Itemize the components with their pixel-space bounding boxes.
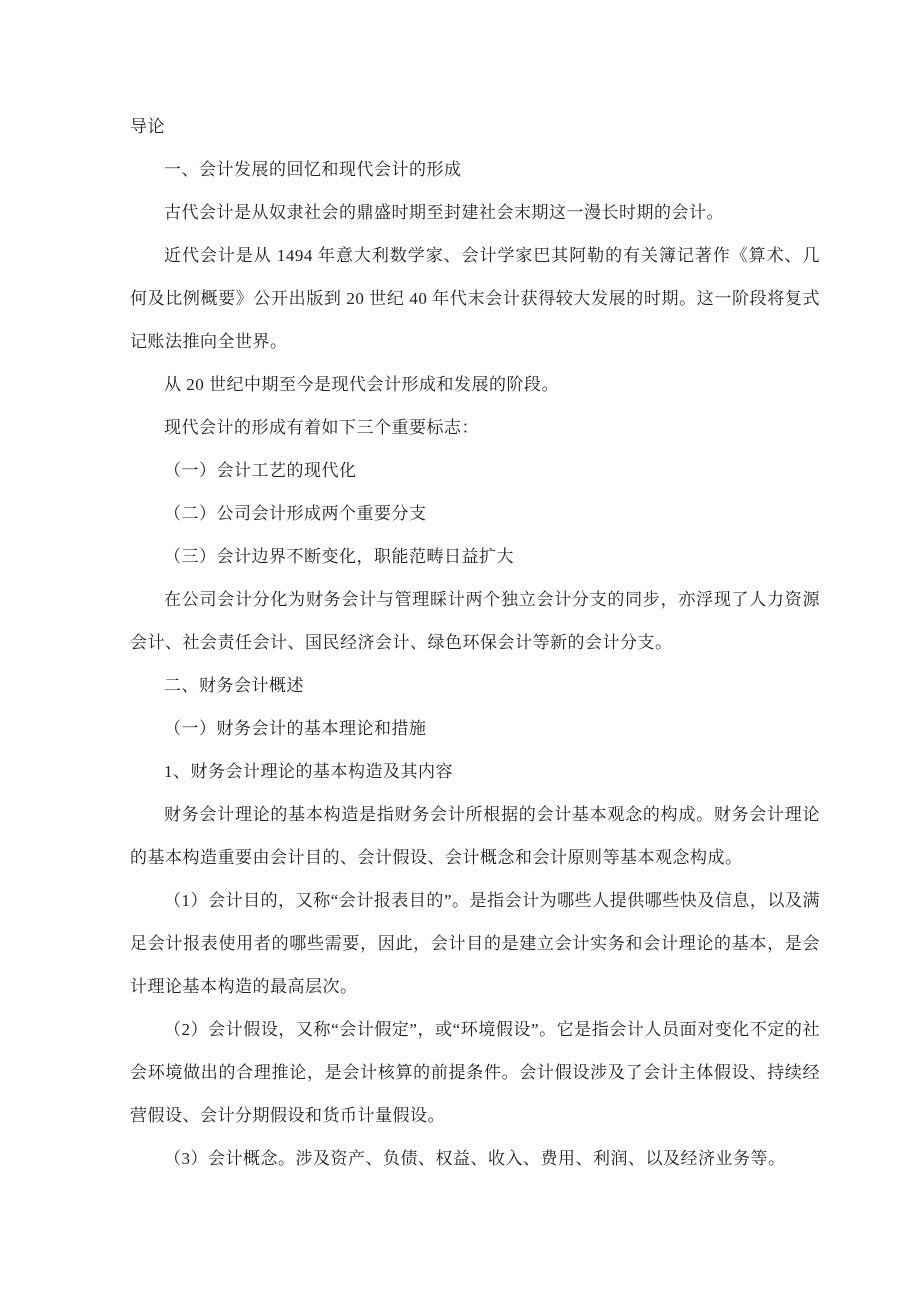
paragraph-section-2-heading: 二、财务会计概述 — [130, 664, 820, 707]
paragraph-list-item-2: （二）公司会计形成两个重要分支 — [130, 492, 820, 535]
paragraph-subsection-heading: （一）财务会计的基本理论和措施 — [130, 707, 820, 750]
paragraph: 近代会计是从 1494 年意大利数学家、会计学家巴其阿勒的有关簿记著作《算术、几… — [130, 234, 820, 363]
paragraph-subsection-item-heading: 1、财务会计理论的基本构造及其内容 — [130, 750, 820, 793]
paragraph-numbered-item-3: （3）会计概念。涉及资产、负债、权益、收入、费用、利润、以及经济业务等。 — [130, 1137, 820, 1180]
paragraph: 财务会计理论的基本构造是指财务会计所根据的会计基本观念的构成。财务会计理论的基本… — [130, 793, 820, 879]
document-body: 导论 一、会计发展的回忆和现代会计的形成 古代会计是从奴隶社会的鼎盛时期至封建社… — [130, 105, 820, 1180]
paragraph: 古代会计是从奴隶社会的鼎盛时期至封建社会末期这一漫长时期的会计。 — [130, 191, 820, 234]
document-page: 导论 一、会计发展的回忆和现代会计的形成 古代会计是从奴隶社会的鼎盛时期至封建社… — [0, 0, 920, 1302]
paragraph: 现代会计的形成有着如下三个重要标志： — [130, 406, 820, 449]
paragraph-numbered-item-1: （1）会计目的，又称“会计报表目的”。是指会计为哪些人提供哪些快及信息，以及满足… — [130, 879, 820, 1008]
paragraph-list-item-3: （三）会计边界不断变化，职能范畴日益扩大 — [130, 535, 820, 578]
paragraph-section-1-heading: 一、会计发展的回忆和现代会计的形成 — [130, 148, 820, 191]
paragraph: 在公司会计分化为财务会计与管理睬计两个独立会计分支的同步，亦浮现了人力资源会计、… — [130, 578, 820, 664]
paragraph: 从 20 世纪中期至今是现代会计形成和发展的阶段。 — [130, 363, 820, 406]
paragraph-numbered-item-2: （2）会计假设，又称“会计假定”，或“环境假设”。它是指会计人员面对变化不定的社… — [130, 1008, 820, 1137]
paragraph-list-item-1: （一）会计工艺的现代化 — [130, 449, 820, 492]
paragraph-title: 导论 — [130, 105, 820, 148]
